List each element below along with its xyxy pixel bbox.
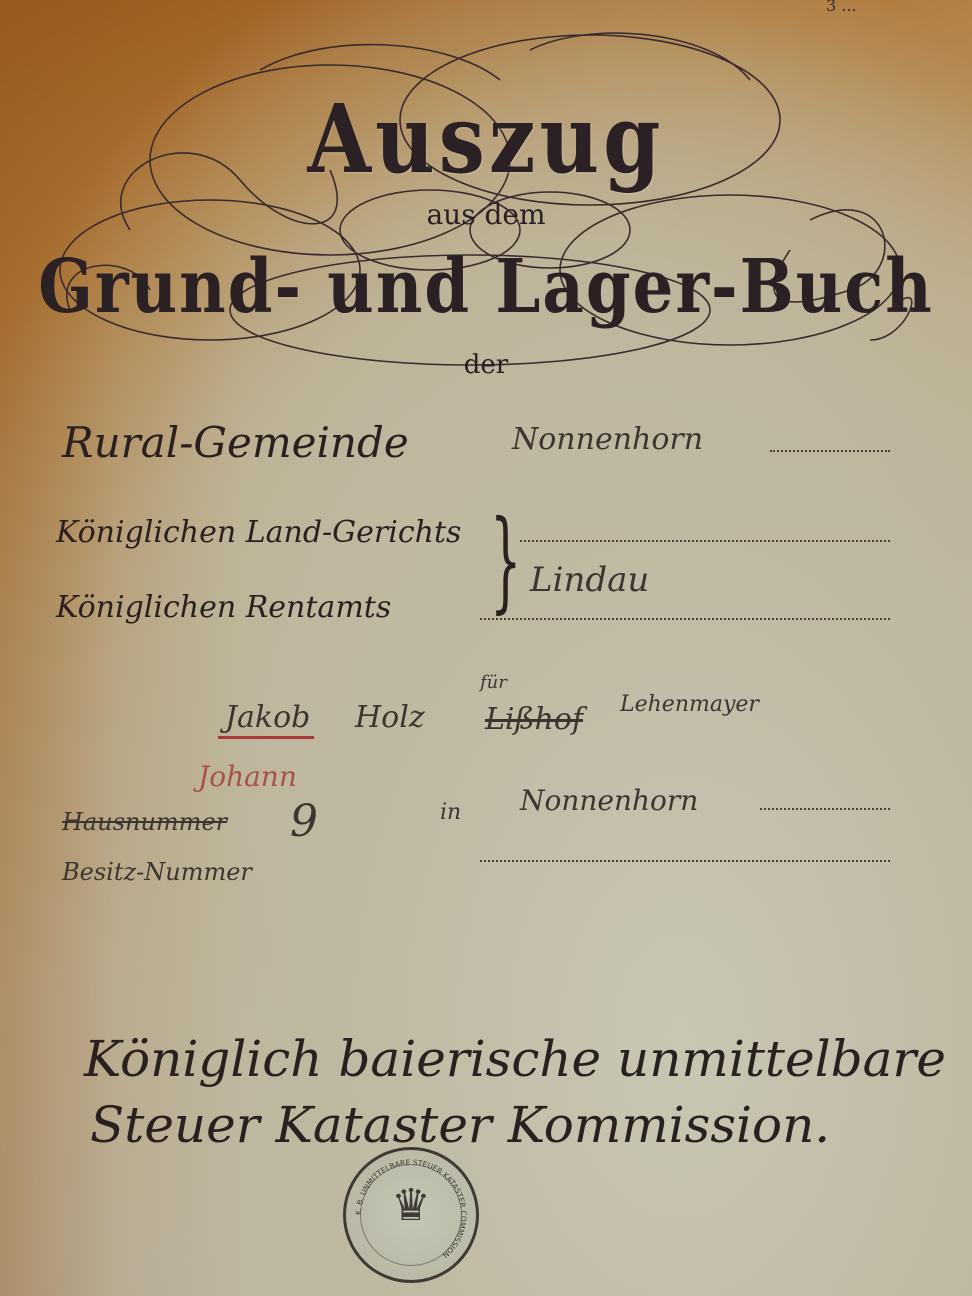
red-underline: [218, 736, 314, 739]
owner-number-label: Besitz-Nummer: [62, 858, 252, 886]
gemeinde-value: Nonnenhorn: [512, 422, 703, 457]
house-dotted-line: [760, 808, 890, 810]
owner-last-name: Holz: [355, 700, 425, 735]
title-grund-lager-buch: Grund- und Lager-Buch: [0, 244, 972, 330]
rentamt-label: Königlichen Rentamts: [56, 590, 391, 625]
title-line-der: der: [0, 350, 972, 380]
title-line-aus-dem: aus dem: [0, 198, 972, 231]
landgericht-label: Königlichen Land-Gerichts: [56, 515, 461, 550]
red-correction-name: Johann: [198, 760, 297, 793]
lindau-value: Lindau: [530, 560, 649, 600]
svg-text:K. B. UNMITTELBARE STEUER KATA: K. B. UNMITTELBARE STEUER KATASTER COMMI…: [354, 1158, 468, 1260]
rentamt-dotted-line: [480, 618, 890, 620]
house-in-word: in: [440, 800, 461, 825]
document-title: Auszug: [0, 85, 972, 195]
house-number-label: Hausnummer: [62, 808, 227, 836]
owner-role-note: Lehenmayer: [620, 692, 759, 717]
gemeinde-dotted-line: [770, 450, 890, 452]
owner-first-name: Jakob: [225, 700, 310, 735]
house-place: Nonnenhorn: [520, 784, 698, 817]
seal-ring-text: K. B. UNMITTELBARE STEUER KATASTER COMMI…: [346, 1150, 476, 1280]
curly-brace-icon: }: [490, 505, 522, 615]
official-seal: ♛ K. B. UNMITTELBARE STEUER KATASTER COM…: [343, 1147, 479, 1283]
owner-role-struck: Lißhof: [485, 702, 583, 737]
house-number-value: 9: [290, 796, 318, 847]
gemeinde-label: Rural-Gemeinde: [62, 418, 409, 467]
footer-authority-line2: Steuer Kataster Kommission.: [90, 1096, 830, 1154]
owner-number-dotted-line: [480, 860, 890, 862]
footer-authority-line1: Königlich baierische unmittelbare: [84, 1030, 946, 1088]
landgericht-dotted-line: [520, 540, 890, 542]
owner-for-note: für: [480, 672, 507, 693]
